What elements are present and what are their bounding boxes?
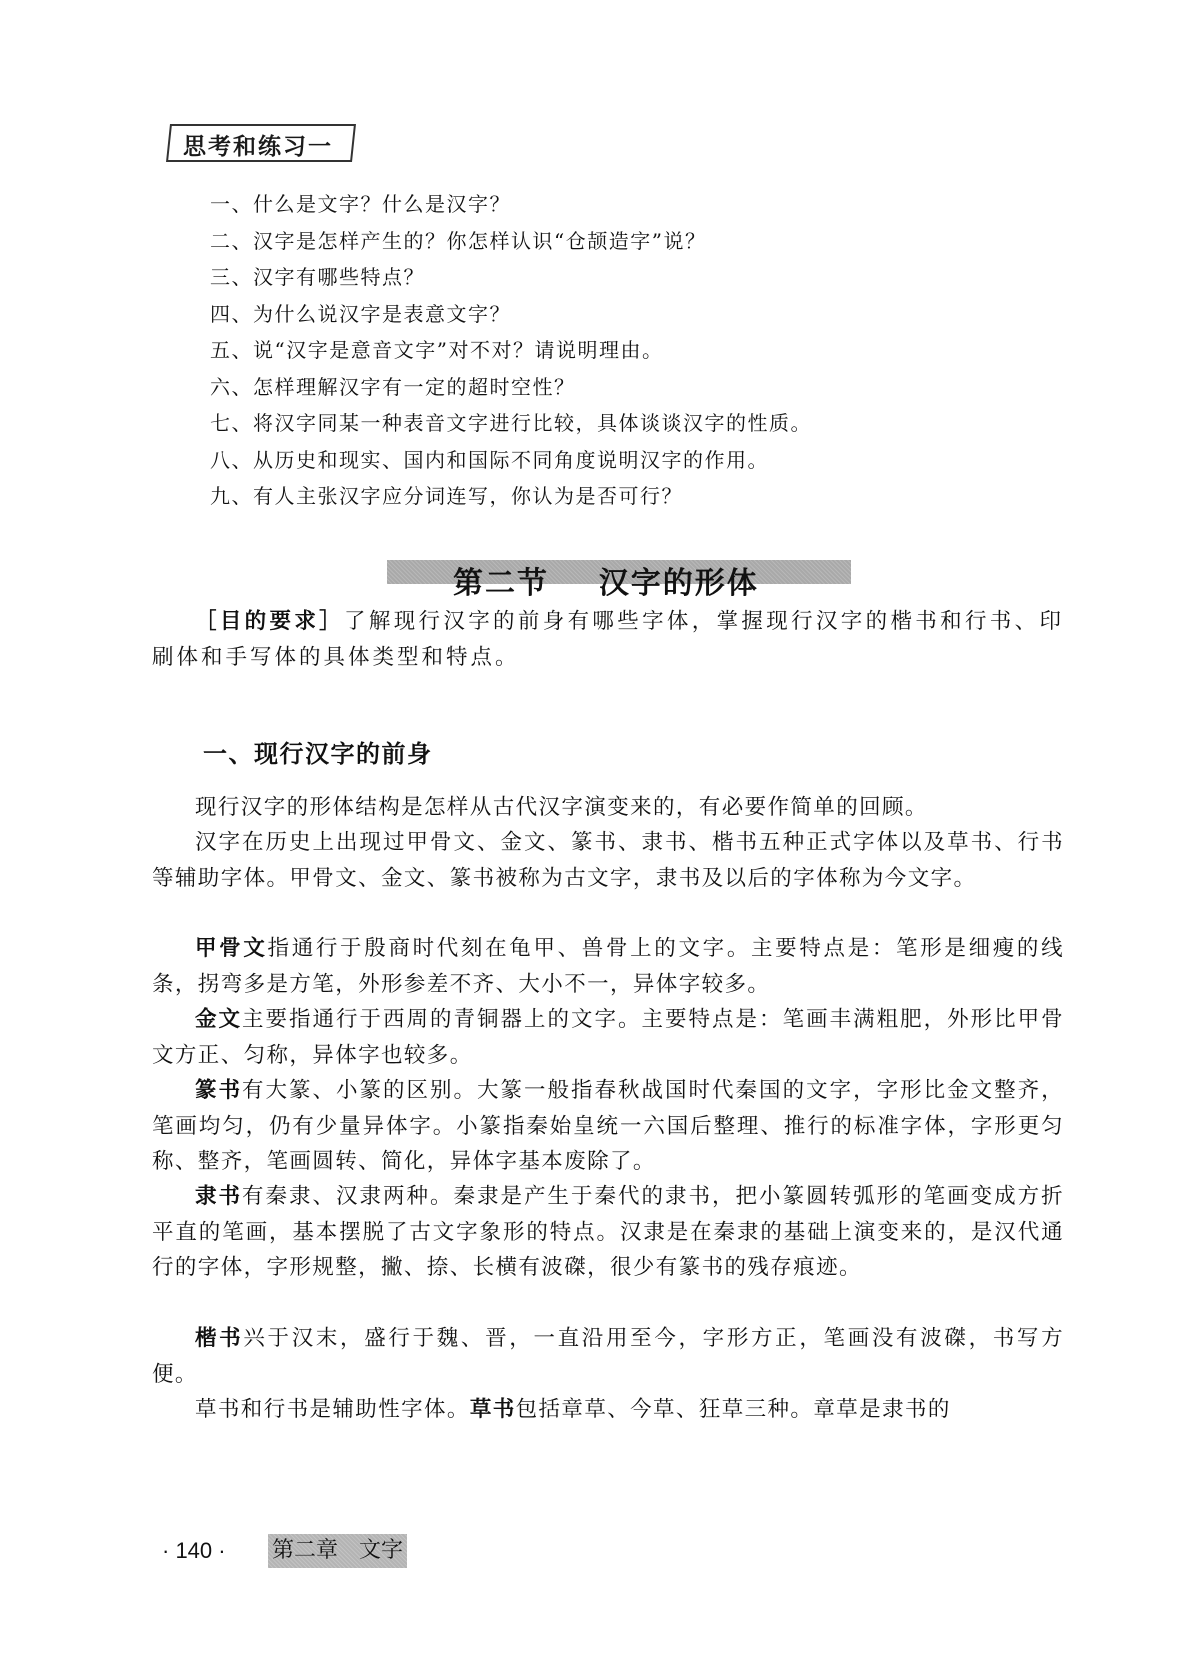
subsection-title: 一、现行汉字的前身 xyxy=(203,734,433,769)
exercise-question: 四、为什么说汉字是表意文字？ xyxy=(210,296,812,333)
body-paragraph: 篆书有大篆、小篆的区别。大篆一般指春秋战国时代秦国的文字，字形比金文整齐，笔画均… xyxy=(152,1073,1064,1180)
body-paragraph: 甲骨文指通行于殷商时代刻在龟甲、兽骨上的文字。主要特点是：笔形是细瘦的线条，拐弯… xyxy=(152,931,1064,1002)
objective-label: ［目的要求］ xyxy=(195,609,344,634)
term-kaishu: 楷书 xyxy=(195,1326,243,1351)
objective-paragraph: ［目的要求］了解现行汉字的前身有哪些字体，掌握现行汉字的楷书和行书、印刷体和手写… xyxy=(152,604,1064,675)
exercise-question: 九、有人主张汉字应分词连写，你认为是否可行？ xyxy=(210,478,812,515)
term-lishu: 隶书 xyxy=(195,1184,242,1209)
term-jinwen: 金文 xyxy=(195,1007,242,1032)
term-zhuanshu: 篆书 xyxy=(195,1078,242,1103)
exercise-question: 六、怎样理解汉字有一定的超时空性？ xyxy=(210,369,812,406)
body-paragraph: 隶书有秦隶、汉隶两种。秦隶是产生于秦代的隶书，把小篆圆转弧形的笔画变成方折平直的… xyxy=(152,1179,1064,1286)
exercise-question: 五、说“汉字是意音文字”对不对？请说明理由。 xyxy=(210,332,812,369)
exercise-question: 二、汉字是怎样产生的？你怎样认识“仓颉造字”说？ xyxy=(210,223,812,260)
exercise-question: 八、从历史和现实、国内和国际不同角度说明汉字的作用。 xyxy=(210,442,812,479)
body-paragraph: 草书和行书是辅助性字体。草书包括章草、今草、狂草三种。章草是隶书的 xyxy=(152,1392,1064,1428)
section-title: 第二节 汉字的形体 xyxy=(453,558,759,602)
body-paragraph: 现行汉字的形体结构是怎样从古代汉字演变来的，有必要作简单的回顾。 xyxy=(152,790,1064,826)
page-number: · 140 · xyxy=(162,1538,226,1564)
exercise-question: 三、汉字有哪些特点？ xyxy=(210,259,812,296)
exercise-question-list: 一、什么是文字？什么是汉字？ 二、汉字是怎样产生的？你怎样认识“仓颉造字”说？ … xyxy=(210,186,812,515)
body-paragraph: 汉字在历史上出现过甲骨文、金文、篆书、隶书、楷书五种正式字体以及草书、行书等辅助… xyxy=(152,825,1064,896)
term-caoshu: 草书 xyxy=(470,1397,516,1422)
exercise-title: 思考和练习一 xyxy=(183,128,333,161)
body-paragraph: 金文主要指通行于西周的青铜器上的文字。主要特点是：笔画丰满粗肥，外形比甲骨文方正… xyxy=(152,1002,1064,1073)
chapter-label: 第二章 文字 xyxy=(268,1534,407,1568)
book-page: 思考和练习一 一、什么是文字？什么是汉字？ 二、汉字是怎样产生的？你怎样认识“仓… xyxy=(0,0,1200,1669)
body-paragraph: 楷书兴于汉末，盛行于魏、晋，一直沿用至今，字形方正，笔画没有波磔，书写方便。 xyxy=(152,1321,1064,1392)
exercise-question: 一、什么是文字？什么是汉字？ xyxy=(210,186,812,223)
term-jiaguwen: 甲骨文 xyxy=(195,936,268,961)
exercise-question: 七、将汉字同某一种表音文字进行比较，具体谈谈汉字的性质。 xyxy=(210,405,812,442)
